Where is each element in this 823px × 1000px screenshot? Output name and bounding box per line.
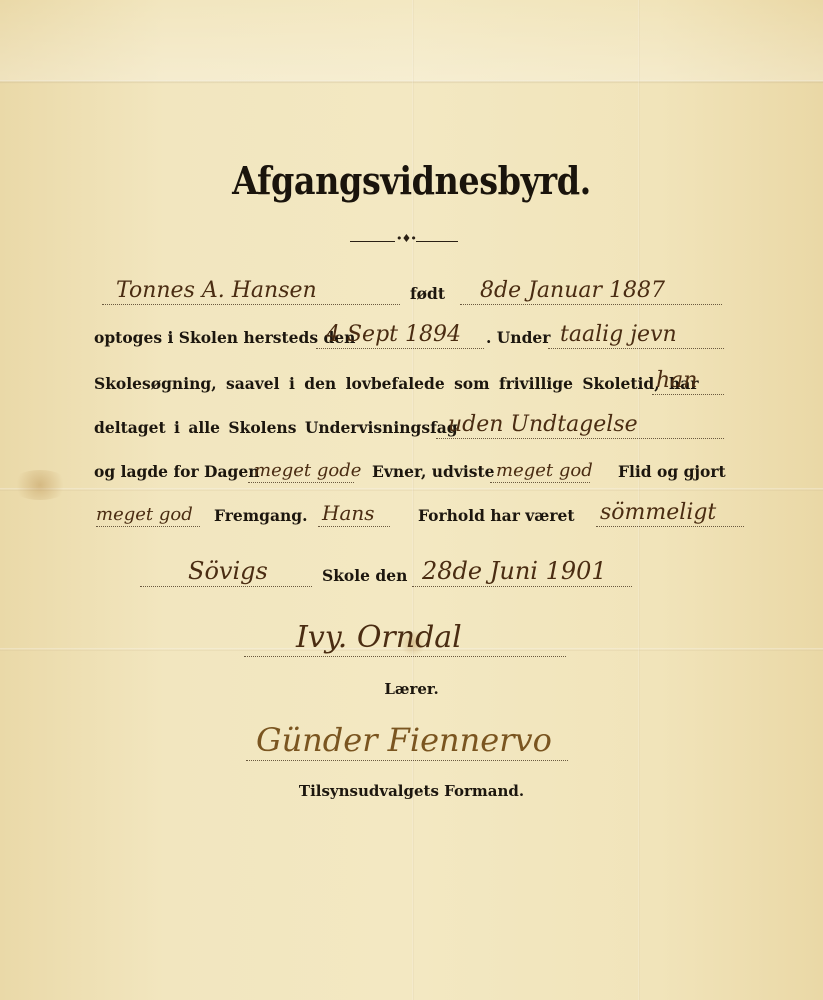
- teacher-signature-block: Ivy. Orndal: [0, 630, 823, 660]
- line-progress: meget god Fremgang. Hans Forhold har vær…: [0, 500, 823, 530]
- line-attendance: Skolesøgning, saavel i den lovbefalede s…: [0, 368, 823, 398]
- certificate-document: Afgangsvidnesbyrd. •♦• Tonnes A. Hansen …: [0, 0, 823, 1000]
- teacher-signature-field[interactable]: Ivy. Orndal: [244, 630, 566, 657]
- line-enrolled: optoges i Skolen hersteds den 4 Sept 189…: [0, 322, 823, 352]
- chairman-signature-block: Günder Fiennervo: [0, 734, 823, 764]
- diligence-field[interactable]: meget god: [490, 456, 590, 483]
- school-place-field[interactable]: Sövigs: [140, 560, 312, 587]
- enrollment-date-field[interactable]: 4 Sept 1894: [316, 322, 484, 349]
- document-title: Afgangsvidnesbyrd.: [49, 158, 773, 203]
- ornament-icon: •♦•: [396, 232, 416, 245]
- line-student: Tonnes A. Hansen født 8de Januar 1887: [0, 278, 823, 308]
- progress-field[interactable]: meget god: [96, 500, 200, 527]
- chairman-signature-field[interactable]: Günder Fiennervo: [246, 734, 568, 761]
- conduct-pronoun-field[interactable]: Hans: [318, 500, 390, 527]
- line-abilities: og lagde for Dagen meget gode Evner, udv…: [0, 456, 823, 486]
- abilities-field[interactable]: meget gode: [248, 456, 354, 483]
- attendance-field[interactable]: taalig jevn: [548, 322, 724, 349]
- student-name-field[interactable]: Tonnes A. Hansen: [102, 278, 400, 305]
- chairman-label: Tilsynsudvalgets Formand.: [0, 782, 823, 800]
- teacher-label: Lærer.: [0, 680, 823, 698]
- issue-date-field[interactable]: 28de Juni 1901: [412, 560, 632, 587]
- subjects-field[interactable]: uden Undtagelse: [436, 412, 724, 439]
- line-subjects: deltaget i alle Skolens Undervisningsfag…: [0, 412, 823, 442]
- conduct-field[interactable]: sömmeligt: [596, 500, 744, 527]
- title-ornament: •♦•: [350, 236, 460, 246]
- birth-date-field[interactable]: 8de Januar 1887: [460, 278, 722, 305]
- line-place-date: Sövigs Skole den 28de Juni 1901: [0, 560, 823, 590]
- pronoun-field[interactable]: han: [652, 368, 724, 395]
